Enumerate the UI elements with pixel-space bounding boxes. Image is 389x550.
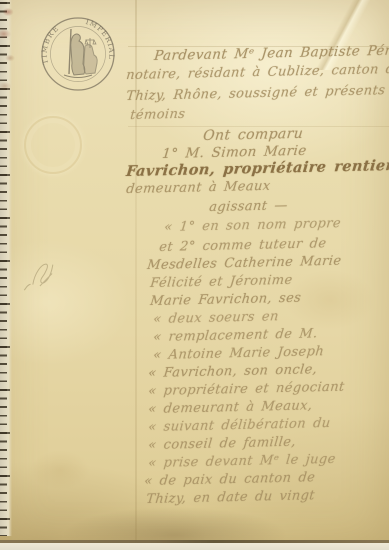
manuscript-line: témoins xyxy=(129,107,186,123)
manuscript-line: « deux soeurs en xyxy=(152,309,279,327)
manuscript-line: « propriétaire et négociant xyxy=(147,380,345,399)
manuscript-text: Pardevant Mᵉ Jean Baptiste Périnnotaire,… xyxy=(0,0,389,550)
manuscript-line: notaire, résidant à Cublize, canton de xyxy=(125,62,389,83)
manuscript-line: « conseil de famille, xyxy=(147,435,296,453)
manuscript-line: « 1° en son nom propre xyxy=(163,216,341,235)
manuscript-line: « de paix du canton de xyxy=(143,470,315,489)
manuscript-line: agissant — xyxy=(208,198,288,215)
manuscript-line: « suivant délibération du xyxy=(147,416,331,435)
manuscript-line: « prise devant Mᵉ le juge xyxy=(147,452,336,471)
manuscript-line: Thizy, en date du vingt xyxy=(145,488,315,507)
manuscript-line: Félicité et Jéronime xyxy=(149,273,293,291)
manuscript-line: Ont comparu xyxy=(202,126,304,144)
manuscript-line: et 2° comme tuteur de xyxy=(158,236,327,255)
manuscript-line: demeurant à Meaux xyxy=(125,179,271,197)
document-page: TIMBRE IMPERIAL Pardevant Mᵉ Jean Baptis… xyxy=(0,0,389,550)
manuscript-line: Pardevant Mᵉ Jean Baptiste Périn xyxy=(153,42,389,64)
manuscript-line: « demeurant à Meaux, xyxy=(147,398,313,417)
manuscript-line: « Favrichon, son oncle, xyxy=(147,362,317,381)
manuscript-line: Mesdelles Catherine Marie xyxy=(146,254,342,273)
manuscript-line: « remplacement de M. xyxy=(152,326,318,345)
manuscript-line: « Antoine Marie Joseph xyxy=(152,344,324,363)
scanner-background xyxy=(0,543,389,550)
manuscript-line: Marie Favrichon, ses xyxy=(149,291,301,309)
manuscript-line: Thizy, Rhône, soussigné et présents xyxy=(125,83,385,104)
